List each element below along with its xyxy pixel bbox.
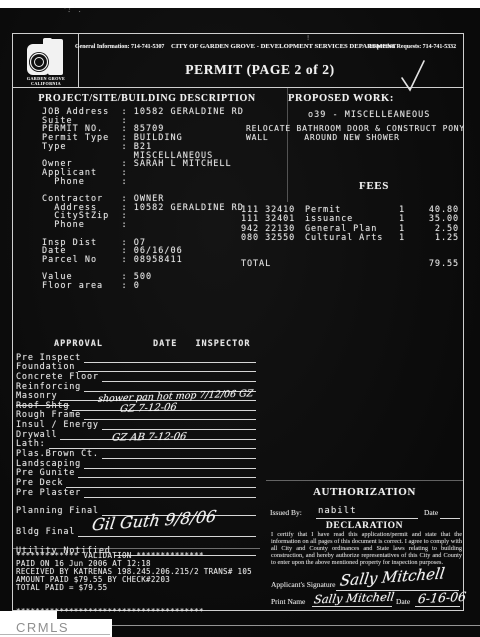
issued-date-label: Date [424,508,438,517]
lath-handwritten-note: GZ AB 7-12-06 [111,431,187,443]
general-information-phone: General Information: 714-741-5307 [75,44,164,50]
approval-row-plas-brown-ct: Plas.Brown Ct. [16,449,256,459]
declaration-text: I certify that I have read this applicat… [271,532,462,567]
work-code-line: o39 - MISCELLEANEOUS [308,110,430,120]
approval-row-pre-deck: Pre Deck [16,478,256,488]
signed-date-label: Date [396,597,410,606]
approval-blank-line [66,479,256,488]
fees-total-row: TOTAL 79.55 [241,259,459,269]
frame-top-line [12,33,464,34]
project-details: JOB Address : 10582 GERALDINE RD Suite :… [42,108,244,291]
inspector-column-header: INSPECTOR [195,339,250,349]
print-name-line [312,605,392,607]
fees-section-title: FEES [288,180,460,192]
logo-separator-line [78,33,79,87]
approval-blank-line [84,354,256,363]
fee-quantity: 1 [399,234,415,243]
authorization-top-line [266,480,463,481]
fee-description: Cultural Arts [305,234,399,243]
signed-date-handwriting: 6-16-06 [417,589,467,607]
approval-blank-line [102,450,256,459]
approvals-header-row: APPROVAL DATE INSPECTOR [16,339,256,349]
applicant-signature-label: Applicant's Signature [271,580,335,589]
approval-row-insul-energy: Insul / Energy [16,420,256,430]
approval-blank-line [78,469,256,478]
fees-total-label: TOTAL [241,259,271,269]
tick-mark-annotation: ! [306,34,310,42]
garden-grove-logo: GARDEN GROVE CALIFORNIA [16,37,76,85]
approval-blank-line [102,421,256,430]
authorization-title: AUTHORIZATION [266,486,463,498]
approval-row-concrete-floor: Concrete Floor [16,372,256,382]
pencil-marks-annotation: ' : ` . [64,6,81,14]
issued-by-value: nabilt [318,506,357,516]
checkmark-annotation [398,58,428,94]
logo-caption-line2: CALIFORNIA [16,82,76,87]
approval-column-header: APPROVAL [54,339,103,349]
fee-code: 080 32550 [241,234,305,243]
issued-by-label: Issued By: [270,508,302,517]
approval-blank-line [102,373,256,382]
print-name-label: Print Name [271,597,305,606]
approval-blank-line [84,460,256,469]
frame-right-line [463,33,464,610]
fees-table: 111 32410 Permit 1 40.80 111 32401 issua… [241,206,459,269]
scan-edge-line [0,634,110,635]
date-column-header: DATE [153,339,177,349]
rough-frame-handwritten-note: GZ 7-12-06 [119,402,177,415]
declaration-title: DECLARATION [266,521,463,531]
city-seal-icon [23,37,71,77]
approval-row-pre-gunite: Pre Gunite [16,469,256,479]
permit-page-title: PERMIT (PAGE 2 of 2) [90,62,430,78]
proposed-work-title: PROPOSED WORK: [288,93,438,104]
scan-bottom-edge-line [112,625,480,626]
approval-row-foundation: Foundation [16,363,256,373]
issued-by-blank-line [316,517,418,519]
header-bottom-line [12,87,464,88]
signed-date-line [415,605,460,607]
project-section-title: PROJECT/SITE/BUILDING DESCRIPTION [12,93,282,104]
fee-amount: 1.25 [415,234,459,243]
permit-scan-page: ' : ` . ! GARDEN GROVE CALIFORNIA Genera… [0,0,480,637]
crmls-watermark: CRMLS [16,620,69,635]
department-title: CITY OF GARDEN GROVE - DEVELOPMENT SERVI… [171,43,396,50]
issued-date-blank-line [440,517,460,519]
frame-left-line [12,33,13,610]
approval-blank-line [78,363,256,372]
approval-row-pre-plaster: Pre Plaster [16,488,256,498]
work-description-line2: AROUND NEW SHOWER [246,133,458,142]
fee-row: 080 32550 Cultural Arts 1 1.25 [241,234,459,243]
fees-total-amount: 79.55 [415,259,459,269]
approval-blank-line [84,489,256,498]
validation-block: ************* VALIDATION ************** … [16,552,252,616]
inspection-requests-phone: Inspection Requests: 714-741-5332 [369,44,456,50]
print-name-handwriting: Sally Mitchell [313,590,395,607]
